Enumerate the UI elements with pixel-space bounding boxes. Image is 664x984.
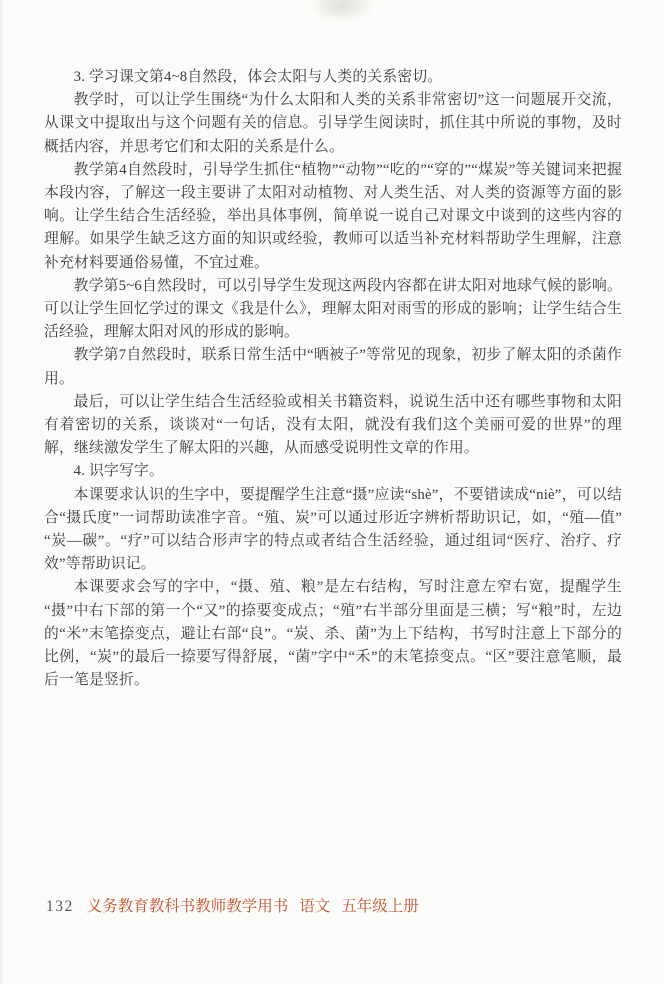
paragraph-step4-heading: 4. 识字写字。	[44, 460, 622, 483]
paragraph-section4: 教学第4自然段时，引导学生抓住“植物”“动物”“吃的”“穿的”“煤炭”等关键词来…	[44, 159, 622, 275]
paragraph-summary: 最后，可以让学生结合生活经验或相关书籍资料，说说生活中还有哪些事物和太阳有着密切…	[44, 391, 622, 461]
paragraph-step3-overview: 教学时，可以让学生围绕“为什么太阳和人类的关系非常密切”这一问题展开交流，从课文…	[44, 89, 622, 159]
page-number: 132	[46, 898, 74, 915]
footer-volume: 五年级上册	[341, 898, 419, 915]
footer-book-title: 义务教育教科书教师教学用书	[87, 898, 289, 915]
page-body-text: 3. 学习课文第4~8自然段，体会太阳与人类的关系密切。 教学时，可以让学生围绕…	[44, 66, 622, 692]
paragraph-writing-chars: 本课要求会写的字中，“摄、殖、粮”是左右结构，写时注意左窄右宽，提醒学生“摄”中…	[44, 576, 622, 692]
paragraph-section7: 教学第7自然段时，联系日常生活中“晒被子”等常见的现象，初步了解太阳的杀菌作用。	[44, 344, 622, 390]
paragraph-reading-chars: 本课要求认识的生字中，要提醒学生注意“摄”应读“shè”，不要错读成“niè”，…	[44, 484, 622, 577]
footer-subject: 语文	[299, 898, 330, 915]
page-footer: 132义务教育教科书教师教学用书语文五年级上册	[46, 896, 419, 918]
scan-smudge-artifact	[310, 0, 374, 22]
scanned-book-page: 3. 学习课文第4~8自然段，体会太阳与人类的关系密切。 教学时，可以让学生围绕…	[0, 0, 664, 984]
paragraph-section5-6: 教学第5~6自然段时，可以引导学生发现这两段内容都在讲太阳对地球气候的影响。可以…	[44, 275, 622, 345]
paragraph-step3-heading: 3. 学习课文第4~8自然段，体会太阳与人类的关系密切。	[44, 66, 622, 89]
